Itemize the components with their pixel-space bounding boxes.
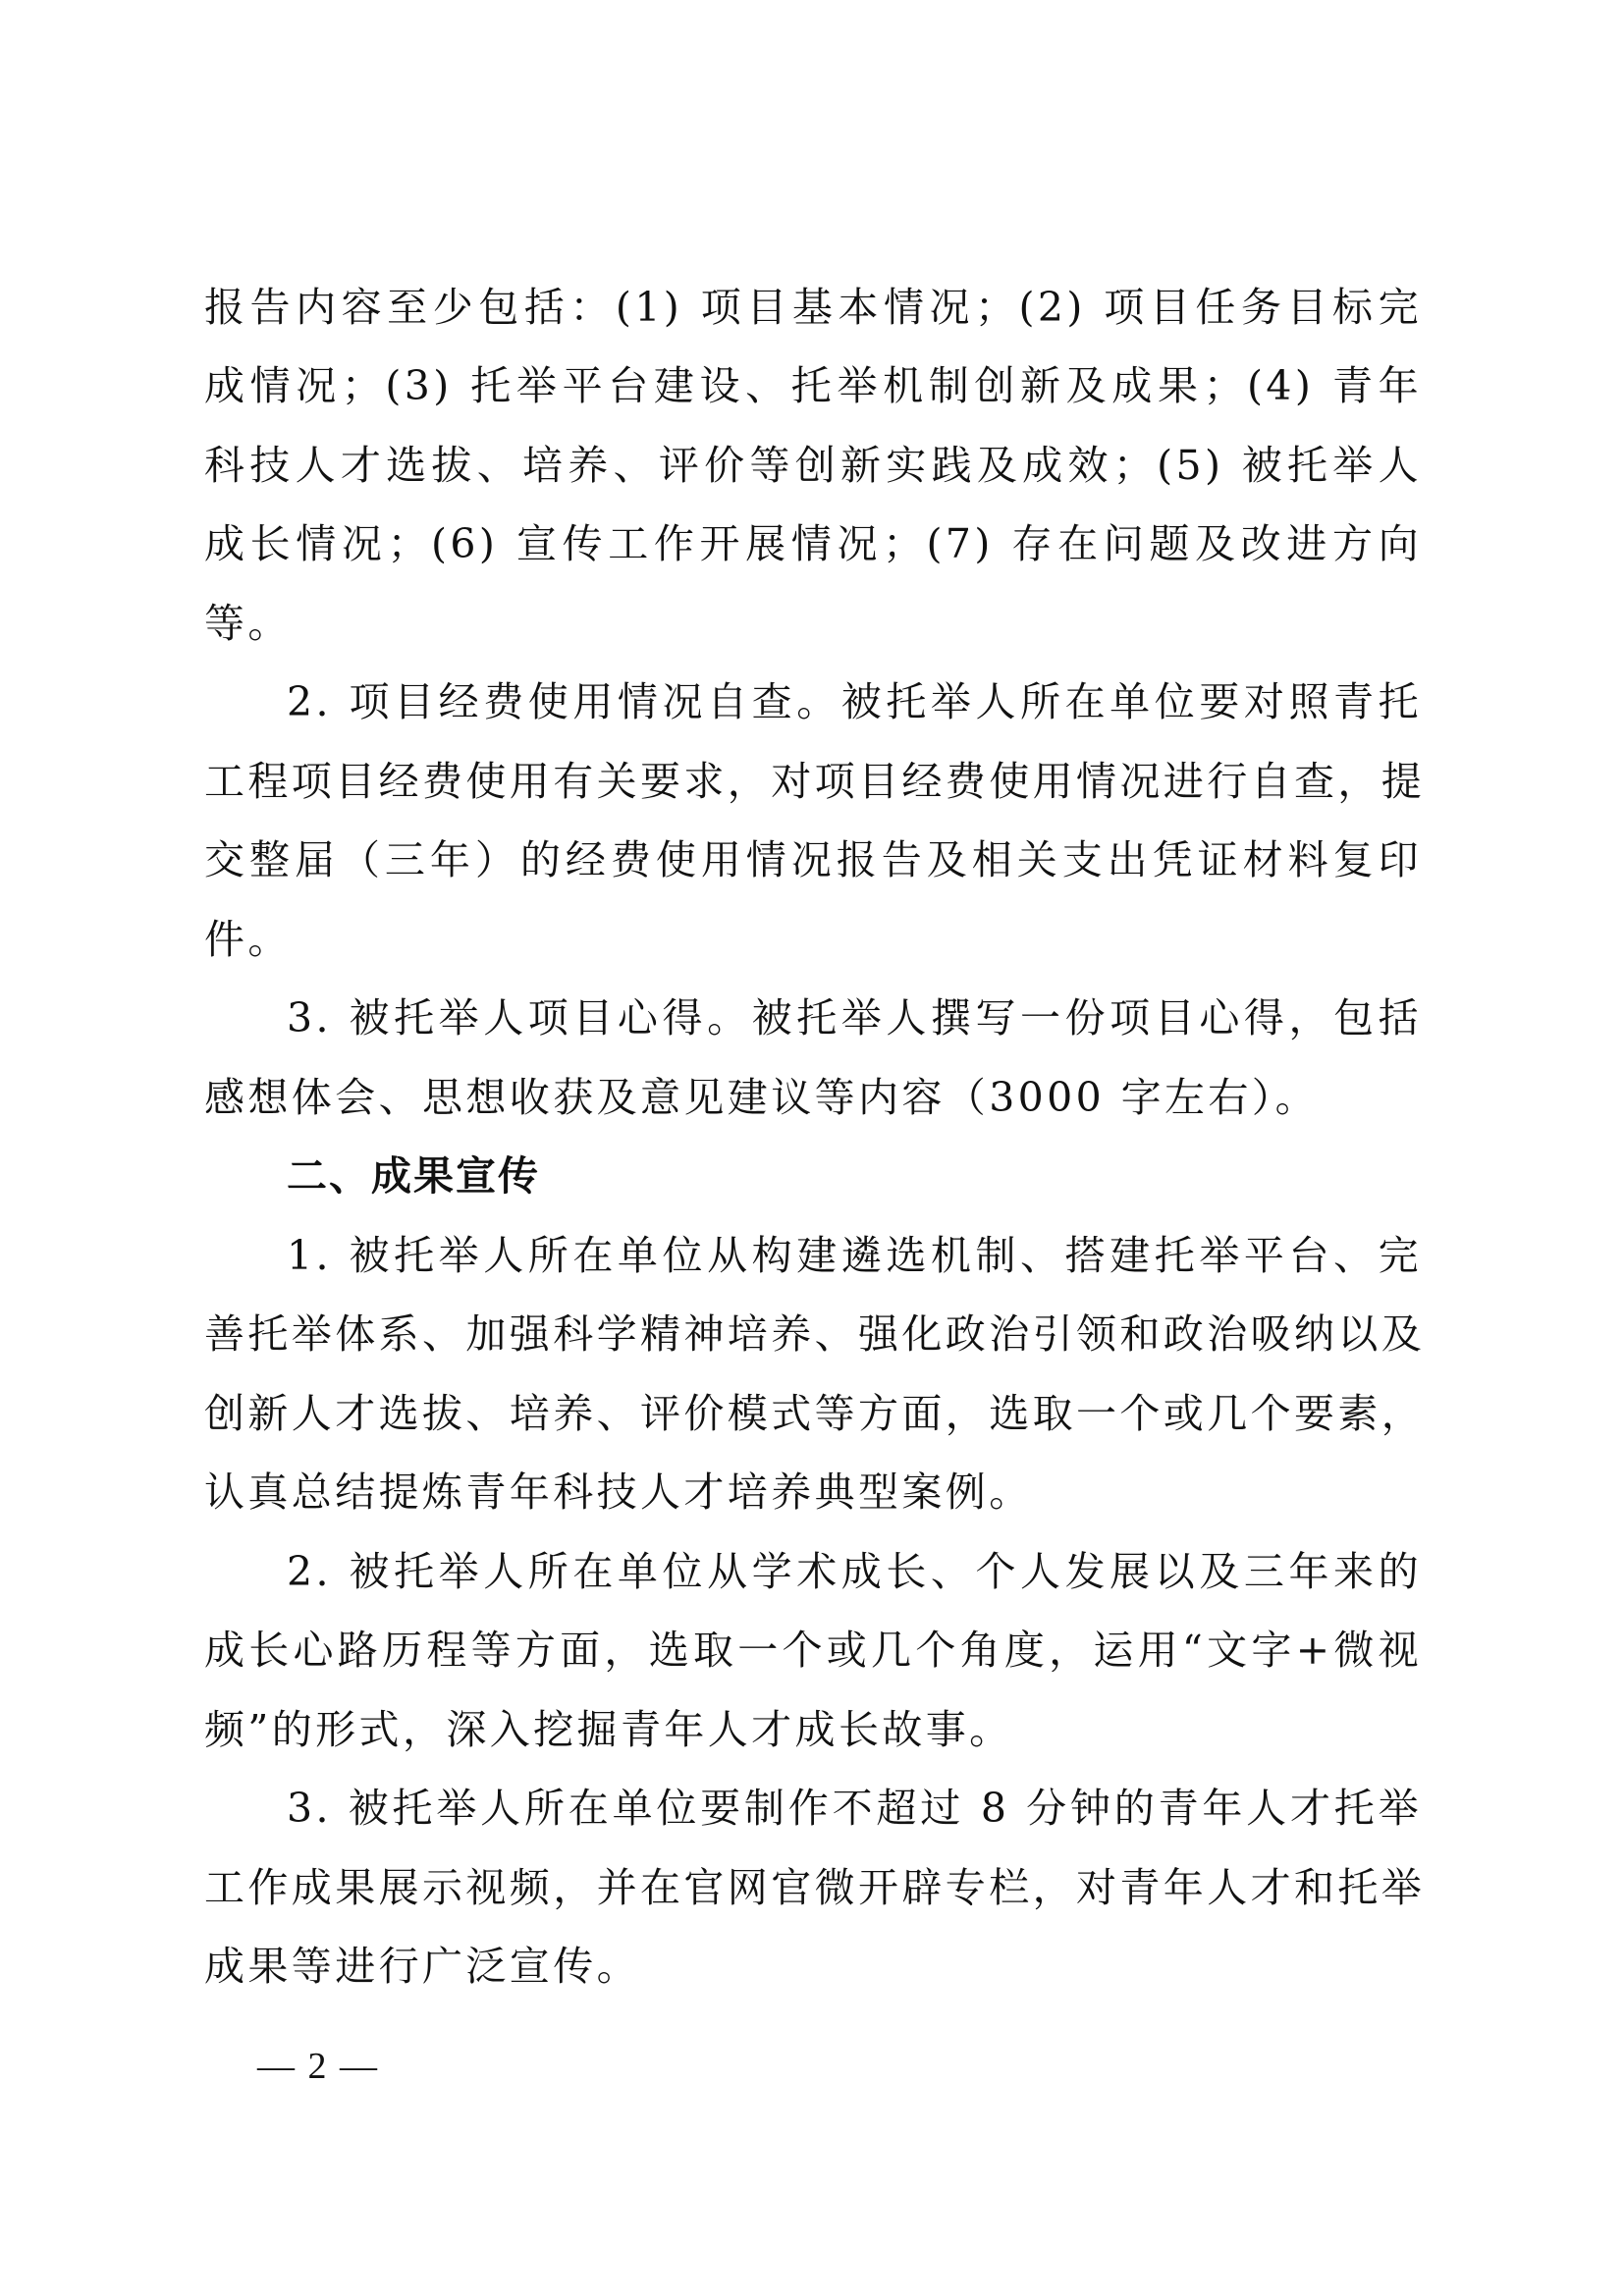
text-line: 频”的形式，深入挖掘青年人才成长故事。 bbox=[204, 1700, 1422, 1759]
text-line: 工作成果展示视频，并在官网官微开辟专栏，对青年人才和托举 bbox=[204, 1858, 1422, 1917]
text-line: 成长情况；(6) 宣传工作开展情况；(7) 存在问题及改进方向 bbox=[204, 514, 1422, 573]
text-line: 2. 项目经费使用情况自查。被托举人所在单位要对照青托 bbox=[287, 672, 1422, 731]
text-line: 交整届（三年）的经费使用情况报告及相关支出凭证材料复印 bbox=[204, 830, 1422, 889]
text-line: 1. 被托举人所在单位从构建遴选机制、搭建托举平台、完 bbox=[287, 1226, 1422, 1285]
text-line: 认真总结提炼青年科技人才培养典型案例。 bbox=[204, 1463, 1422, 1522]
text-line: 件。 bbox=[204, 910, 1422, 969]
text-line: 报告内容至少包括：(1) 项目基本情况；(2) 项目任务目标完 bbox=[204, 278, 1422, 337]
text-line: 3. 被托举人项目心得。被托举人撰写一份项目心得，包括 bbox=[287, 988, 1422, 1047]
text-line: 创新人才选拔、培养、评价模式等方面，选取一个或几个要素， bbox=[204, 1384, 1422, 1443]
text-line: 善托举体系、加强科学精神培养、强化政治引领和政治吸纳以及 bbox=[204, 1305, 1422, 1363]
text-line: 工程项目经费使用有关要求，对项目经费使用情况进行自查，提 bbox=[204, 752, 1422, 811]
text-line: 成果等进行广泛宣传。 bbox=[204, 1937, 1422, 1996]
text-line: 感想体会、思想收获及意见建议等内容（3000 字左右）。 bbox=[204, 1068, 1422, 1127]
text-line: 科技人才选拔、培养、评价等创新实践及成效；(5) 被托举人 bbox=[204, 436, 1422, 495]
text-line: 成长心路历程等方面，选取一个或几个角度，运用“文字+微视 bbox=[204, 1621, 1422, 1680]
page-number: — 2 — bbox=[257, 2042, 379, 2091]
text-line: 3. 被托举人所在单位要制作不超过 8 分钟的青年人才托举 bbox=[287, 1779, 1422, 1838]
section-heading: 二、成果宣传 bbox=[287, 1147, 1422, 1205]
text-line: 2. 被托举人所在单位从学术成长、个人发展以及三年来的 bbox=[287, 1542, 1422, 1601]
text-line: 等。 bbox=[204, 594, 1422, 653]
document-page: 报告内容至少包括：(1) 项目基本情况；(2) 项目任务目标完 成情况；(3) … bbox=[0, 0, 1624, 2296]
text-line: 成情况；(3) 托举平台建设、托举机制创新及成果；(4) 青年 bbox=[204, 356, 1422, 415]
